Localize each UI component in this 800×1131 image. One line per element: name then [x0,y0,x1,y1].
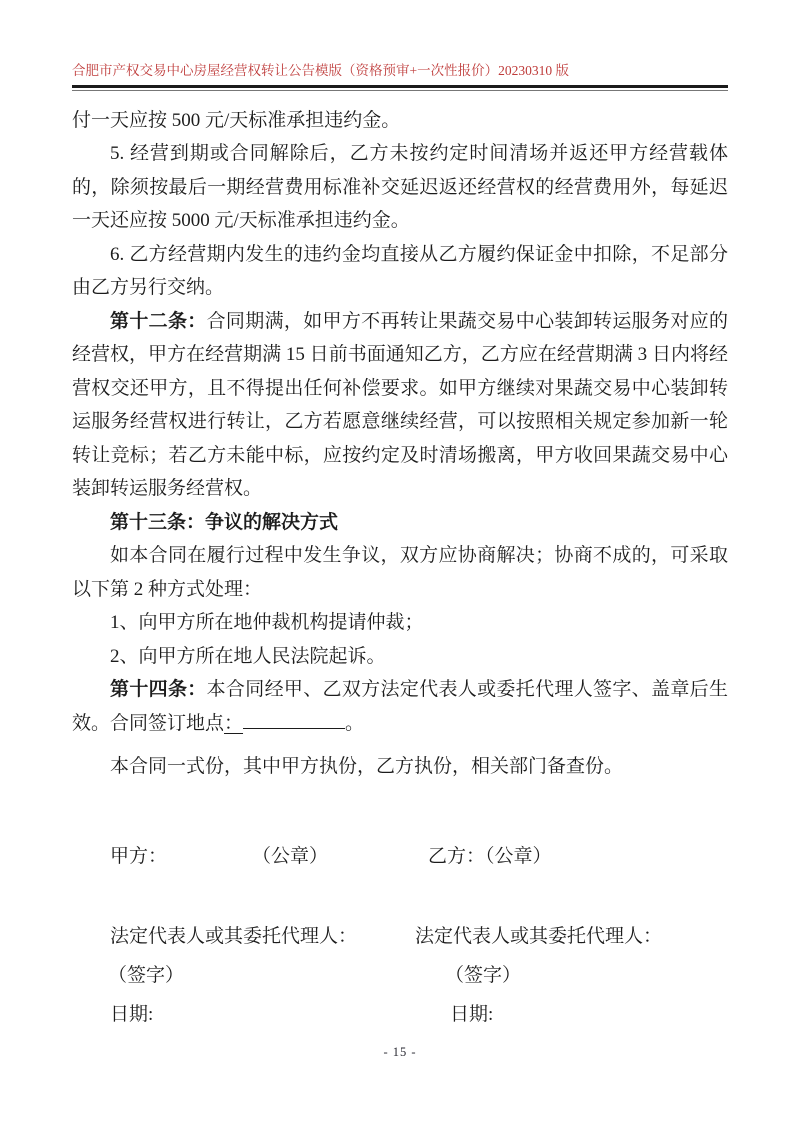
party-a-date-label: 日期: [110,1003,153,1027]
paragraph-option1: 1、向甲方所在地仲裁机构提请仲裁； [72,606,728,640]
article14-period: 。 [345,713,364,734]
paragraph-clause5: 5. 经营到期或合同解除后，乙方未按约定时间清场并返还甲方经营载体的，除须按最后… [72,137,728,238]
article12-heading: 第十二条： [110,311,207,332]
paragraph-article14: 第十四条：本合同经甲、乙双方法定代表人或委托代理人签字、盖章后生效。合同签订地点… [72,673,728,740]
party-b-label: 乙方：（公章） [428,845,552,869]
paragraph-clause6: 6. 乙方经营期内发生的违约金均直接从乙方履约保证金中扣除，不足部分由乙方另行交… [72,238,728,305]
signing-place-blank [243,708,345,729]
article14-heading: 第十四条： [110,679,207,700]
party-a-sign-hint: （签字） [108,964,184,988]
party-b-date-label: 日期: [450,1003,493,1027]
party-b-rep-label: 法定代表人或其委托代理人： [415,925,662,949]
contract-body: 付一天应按 500 元/天标准承担违约金。 5. 经营到期或合同解除后，乙方未按… [72,104,728,784]
header-title: 合肥市产权交易中心房屋经营权转让公告模版（资格预审+一次性报价）20230310… [72,62,728,85]
page-header: 合肥市产权交易中心房屋经营权转让公告模版（资格预审+一次性报价）20230310… [72,62,728,91]
paragraph-copies: 本合同一式份，其中甲方执份，乙方执份，相关部门备查份。 [72,750,728,784]
article12-text: 合同期满，如甲方不再转让果蔬交易中心装卸转运服务对应的经营权，甲方在经营期满 1… [72,311,728,500]
header-rule-thin [72,90,728,91]
paragraph-article13-heading: 第十三条：争议的解决方式 [72,506,728,540]
party-a-label: 甲方： [110,845,167,869]
party-a-seal-hint: （公章） [252,845,328,869]
document-page: 合肥市产权交易中心房屋经营权转让公告模版（资格预审+一次性报价）20230310… [0,0,800,1131]
party-a-rep-label: 法定代表人或其委托代理人： [110,925,357,949]
paragraph-option2: 2、向甲方所在地人民法院起诉。 [72,640,728,674]
page-number: - 15 - [0,1045,800,1060]
header-rule-thick [72,85,728,88]
paragraph-dispute-intro: 如本合同在履行过程中发生争议，双方应协商解决；协商不成的，可采取以下第 2 种方… [72,539,728,606]
page-content: 合肥市产权交易中心房屋经营权转让公告模版（资格预审+一次性报价）20230310… [72,62,728,784]
paragraph-carryover: 付一天应按 500 元/天标准承担违约金。 [72,104,728,138]
paragraph-article12: 第十二条：合同期满，如甲方不再转让果蔬交易中心装卸转运服务对应的经营权，甲方在经… [72,305,728,506]
party-b-sign-hint: （签字） [445,964,521,988]
signing-place-colon: ： [224,713,243,734]
